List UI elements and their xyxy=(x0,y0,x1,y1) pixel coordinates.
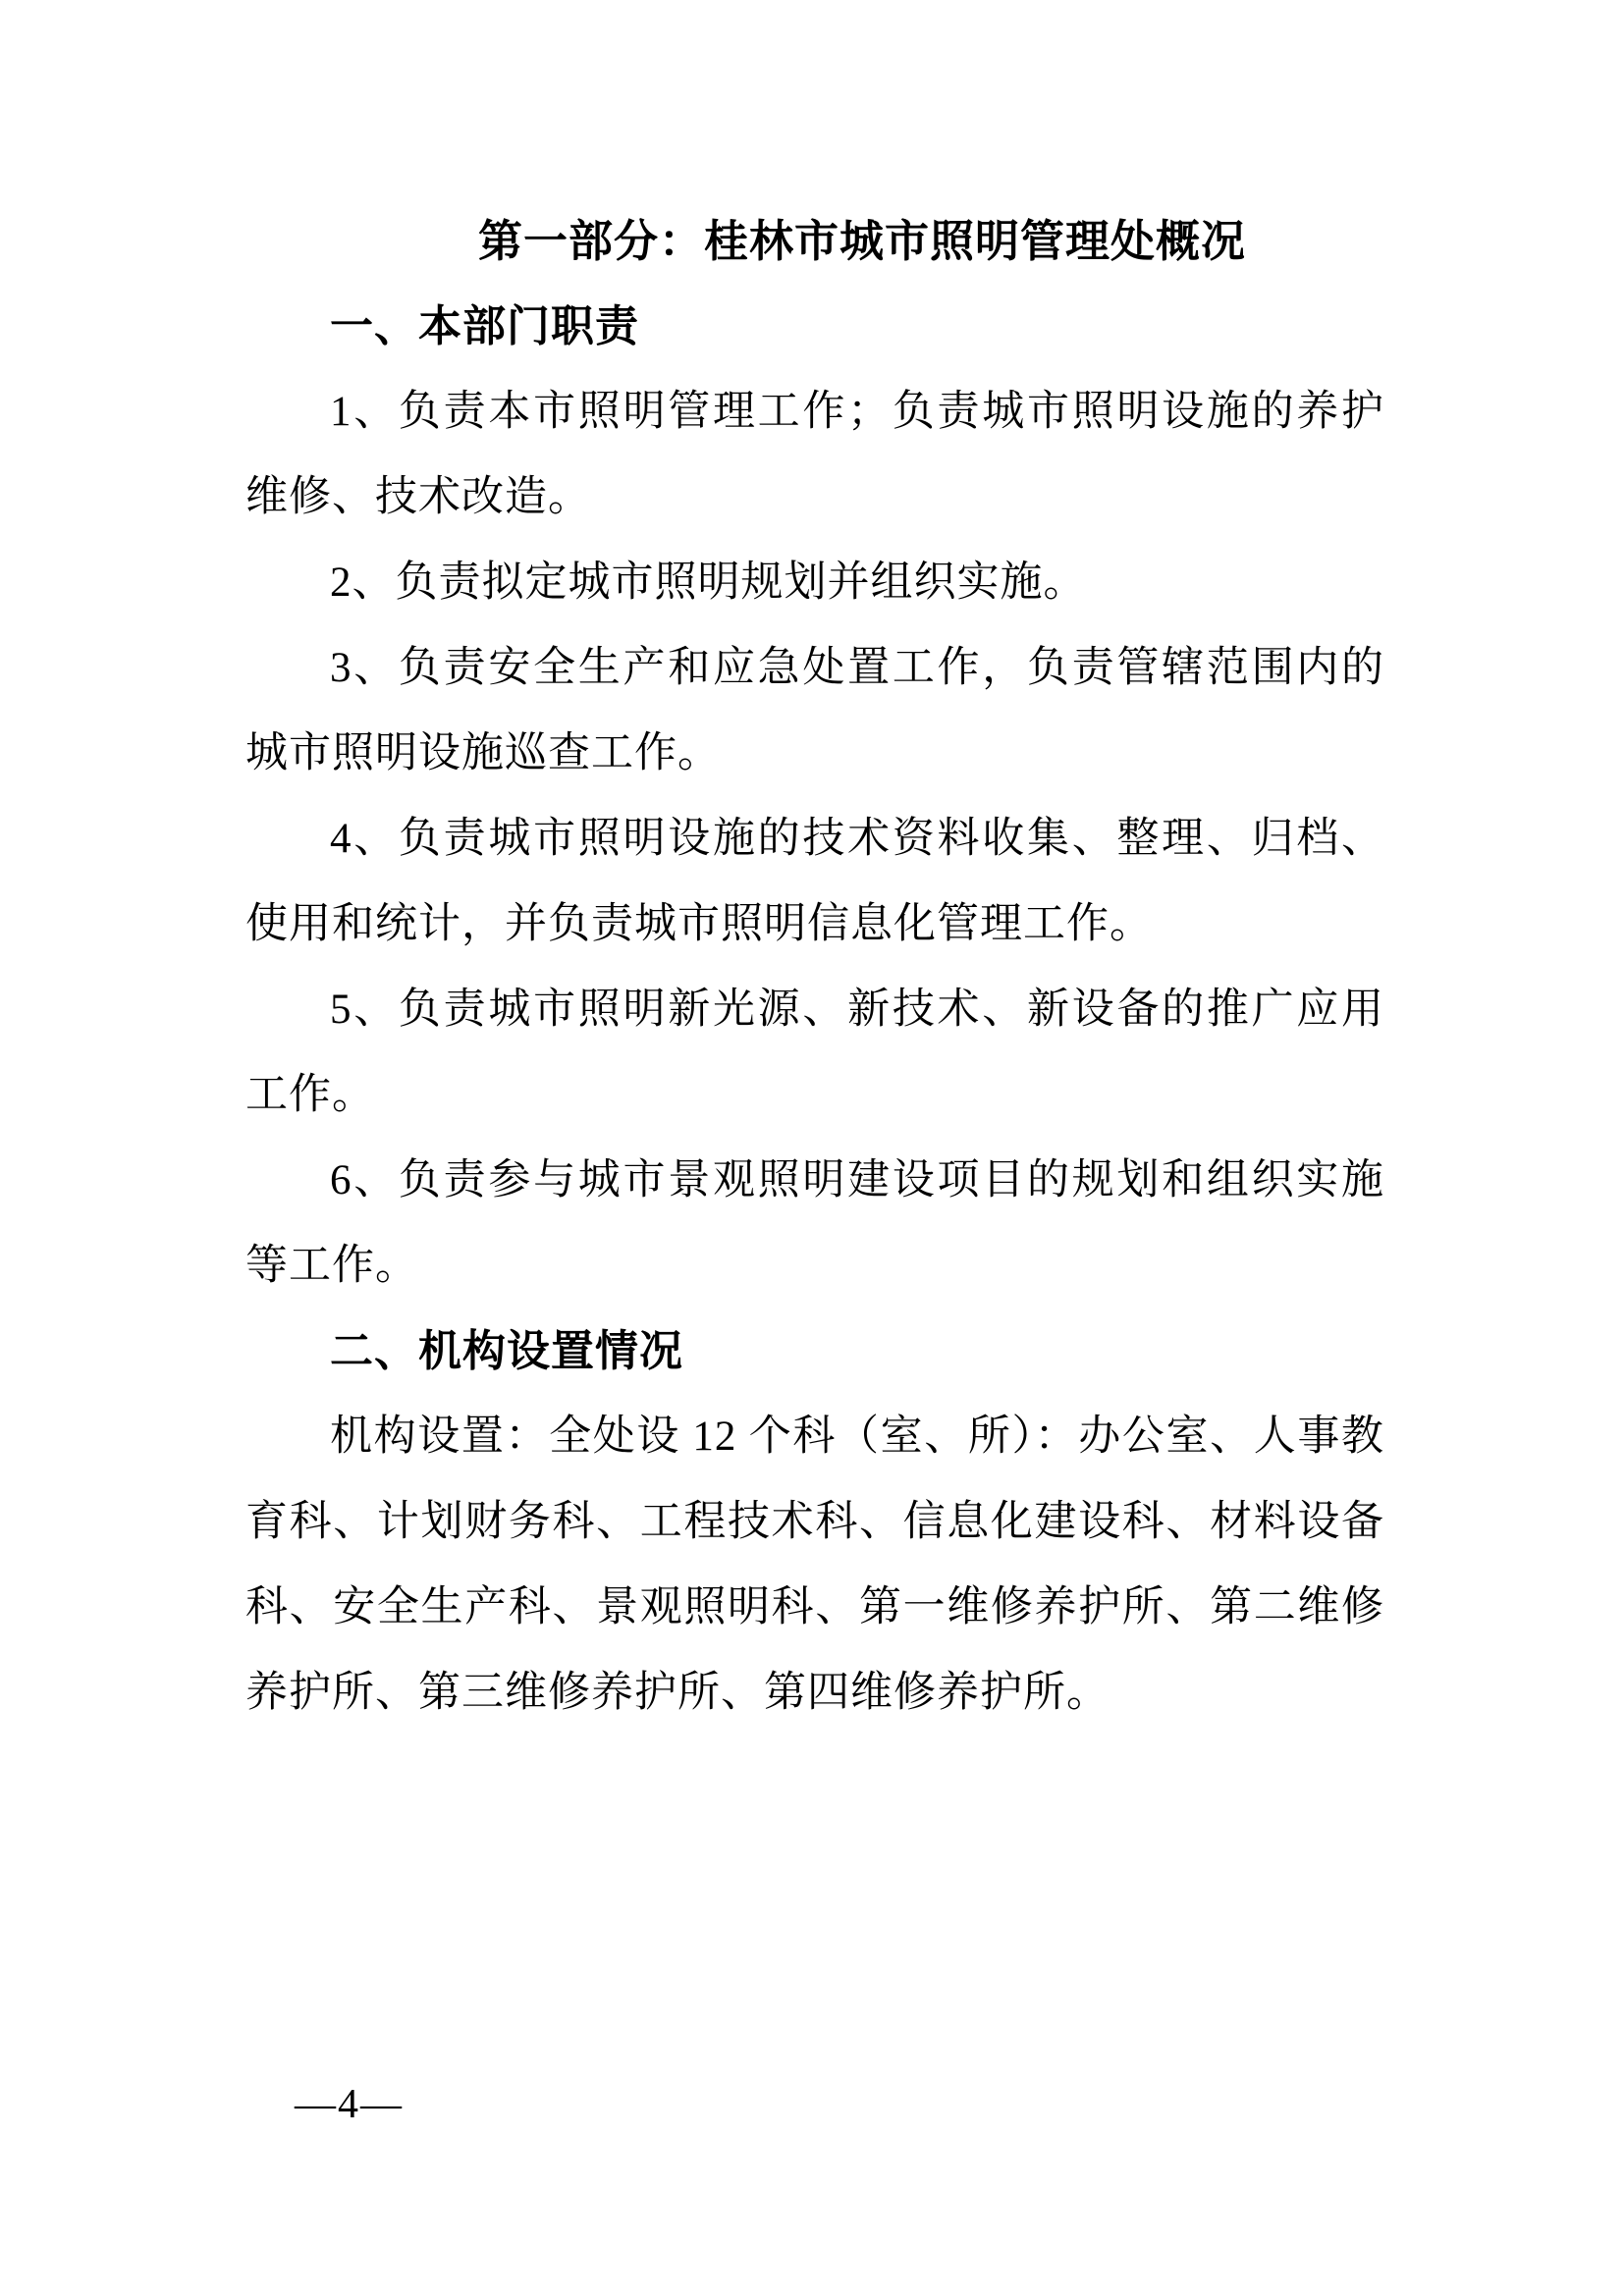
document-title: 第一部分：桂林市城市照明管理处概况 xyxy=(245,198,1384,284)
paragraph-line: 机构设置：全处设 12 个科（室、所）：办公室、人事教 xyxy=(245,1394,1384,1479)
paragraph-line: 养护所、第三维修养护所、第四维修养护所。 xyxy=(245,1650,1384,1735)
page-number: —4— xyxy=(295,2083,404,2126)
paragraph-line: 工作。 xyxy=(245,1052,1384,1138)
paragraph-line: 育科、计划财务科、工程技术科、信息化建设科、材料设备 xyxy=(245,1479,1384,1565)
paragraph-line: 4、负责城市照明设施的技术资料收集、整理、归档、 xyxy=(245,796,1384,881)
paragraph-line: 1、负责本市照明管理工作；负责城市照明设施的养护 xyxy=(245,369,1384,454)
paragraph-line: 3、负责安全生产和应急处置工作，负责管辖范围内的 xyxy=(245,625,1384,711)
paragraph-line: 5、负责城市照明新光源、新技术、新设备的推广应用 xyxy=(245,967,1384,1052)
document-page: 第一部分：桂林市城市照明管理处概况 一、本部门职责1、负责本市照明管理工作；负责… xyxy=(0,0,1624,2296)
paragraph-line: 科、安全生产科、景观照明科、第一维修养护所、第二维修 xyxy=(245,1565,1384,1650)
section-heading: 二、机构设置情况 xyxy=(245,1308,1384,1394)
paragraph-line: 维修、技术改造。 xyxy=(245,454,1384,540)
document-content: 第一部分：桂林市城市照明管理处概况 一、本部门职责1、负责本市照明管理工作；负责… xyxy=(245,198,1384,1735)
section-heading: 一、本部门职责 xyxy=(245,284,1384,369)
paragraph-line: 6、负责参与城市景观照明建设项目的规划和组织实施 xyxy=(245,1138,1384,1223)
paragraph-line: 等工作。 xyxy=(245,1223,1384,1308)
paragraph-line: 城市照明设施巡查工作。 xyxy=(245,711,1384,796)
paragraph-line: 2、负责拟定城市照明规划并组织实施。 xyxy=(245,540,1384,625)
document-body: 一、本部门职责1、负责本市照明管理工作；负责城市照明设施的养护维修、技术改造。2… xyxy=(245,284,1384,1735)
paragraph-line: 使用和统计，并负责城市照明信息化管理工作。 xyxy=(245,881,1384,967)
